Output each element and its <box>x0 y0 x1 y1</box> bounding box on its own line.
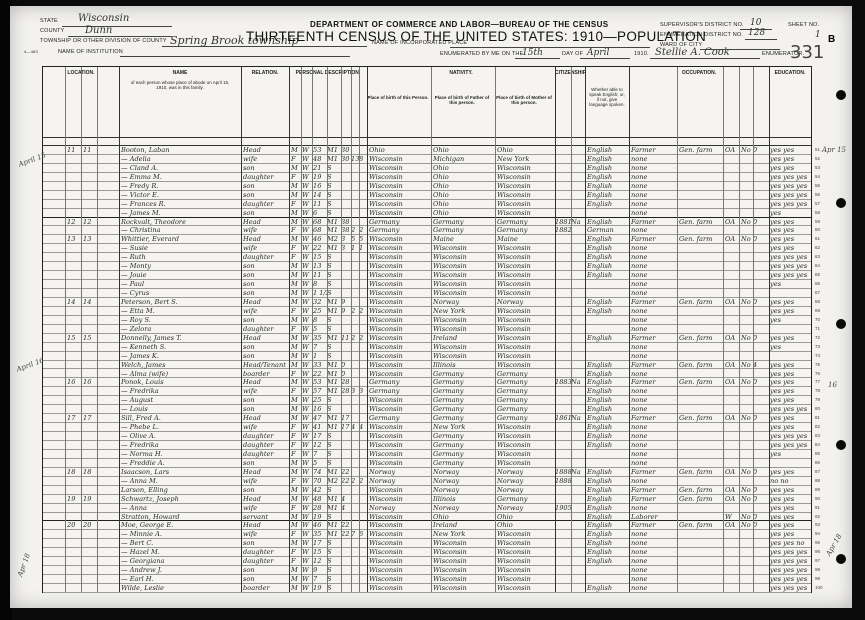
cell-fam <box>83 583 97 593</box>
grid-line <box>327 67 328 592</box>
sheet-side: B <box>828 34 835 45</box>
line-number: 76 <box>815 371 820 376</box>
line-number: 73 <box>815 344 820 349</box>
line-number: 85 <box>815 451 820 456</box>
grid-line <box>677 67 678 592</box>
line-number: 93 <box>815 522 820 527</box>
line-number: 69 <box>815 308 820 313</box>
census-table: LOCATION. NAMEof each person whose place… <box>42 66 812 593</box>
punch-hole <box>836 319 846 329</box>
grid-line <box>241 67 242 592</box>
department-heading: DEPARTMENT OF COMMERCE AND LABOR—BUREAU … <box>310 20 609 29</box>
line-number: 63 <box>815 254 820 259</box>
grid-line <box>629 67 630 592</box>
line-number: 72 <box>815 335 820 340</box>
margin-note-right-16: 16 <box>828 381 837 389</box>
line-number: 96 <box>815 549 820 554</box>
cell-bpm: Wisconsin <box>497 583 553 593</box>
sheet-no: 1 <box>815 30 821 40</box>
line-number: 77 <box>815 379 820 384</box>
line-number: 94 <box>815 531 820 536</box>
line-number: 55 <box>815 183 820 188</box>
line-number: 64 <box>815 263 820 268</box>
cell-trade: none <box>631 583 677 593</box>
ward-label: Ward of city <box>660 42 702 48</box>
line-number: 67 <box>815 290 820 295</box>
table-row: Wilde, LeslieboarderMW19SWisconsinWiscon… <box>43 583 811 593</box>
punch-hole <box>836 440 846 450</box>
grid-line <box>753 67 754 592</box>
grid-line <box>723 67 724 592</box>
year-label: 1910. <box>634 51 649 57</box>
grid-line <box>289 67 290 592</box>
cell-bp: Wisconsin <box>369 583 429 593</box>
grid-line <box>555 67 556 592</box>
census-title: THIRTEENTH CENSUS OF THE UNITED STATES: … <box>246 29 706 44</box>
grid-line <box>367 67 368 592</box>
line-number: 53 <box>815 165 820 170</box>
line-number: 65 <box>815 272 820 277</box>
line-number: 91 <box>815 505 820 510</box>
supervisor-no: 10 <box>750 18 761 28</box>
grid-line <box>97 67 98 592</box>
line-number: 74 <box>815 353 820 358</box>
grid-line <box>119 67 120 592</box>
line-number: 99 <box>815 576 820 581</box>
line-number: 83 <box>815 433 820 438</box>
grid-line <box>359 67 360 592</box>
township-label: Township or other division of county <box>40 38 167 44</box>
day-of-label: day of <box>562 51 583 57</box>
line-number: 54 <box>815 174 820 179</box>
county-value: Dunn <box>85 25 112 36</box>
line-number: 100 <box>815 585 823 590</box>
col-relation: RELATION. <box>241 67 290 137</box>
grid-line <box>341 67 342 592</box>
punch-hole <box>836 554 846 564</box>
line-number: 68 <box>815 299 820 304</box>
grid-line <box>301 67 302 592</box>
enumeration-label: Enumeration District No. <box>660 32 743 38</box>
census-sheet: State Wisconsin County Dunn Township or … <box>10 6 852 608</box>
line-number: 87 <box>815 469 820 474</box>
line-number: 59 <box>815 219 820 224</box>
cell-emp <box>725 583 739 593</box>
grid-line <box>312 67 313 592</box>
col-language: Whether able to speak English; or, if no… <box>585 67 630 137</box>
cell-sex: M <box>291 583 301 593</box>
line-number: 92 <box>815 514 820 519</box>
line-number: 89 <box>815 487 820 492</box>
line-number: 80 <box>815 406 820 411</box>
col-name: NAMEof each person whose place of abode … <box>119 67 242 137</box>
line-number: 97 <box>815 558 820 563</box>
cell-lang: English <box>587 583 627 593</box>
line-number: 90 <box>815 496 820 501</box>
sheet-label: Sheet No. <box>788 22 819 28</box>
margin-note-april-18: Apr 18 <box>16 552 32 577</box>
line-number: 57 <box>815 201 820 206</box>
cell-rel: boarder <box>243 583 287 593</box>
line-number: 95 <box>815 540 820 545</box>
state-value: Wisconsin <box>78 13 129 24</box>
line-number: 79 <box>815 397 820 402</box>
enumeration-no: 128 <box>748 28 765 38</box>
cell-mar: S <box>327 583 341 593</box>
col-occupation: OCCUPATION. <box>629 67 770 137</box>
punch-hole <box>836 90 846 100</box>
line-number: 58 <box>815 210 820 215</box>
col-education: EDUCATION. <box>769 67 811 137</box>
line-number: 82 <box>815 424 820 429</box>
cell-cit2 <box>571 583 585 593</box>
enumerated-day: 15th <box>522 48 543 58</box>
cell-cit1 <box>555 583 571 593</box>
cell-race: W <box>302 583 312 593</box>
line-number: 98 <box>815 567 820 572</box>
form-number: 4—463 <box>24 49 38 54</box>
cell-read: yes yes yes <box>770 583 810 593</box>
grid-line <box>81 67 82 592</box>
margin-note-right-apr-15: Apr 15 <box>822 146 846 154</box>
col-nativity: NATIVITY. Place of birth of this Person.… <box>367 67 556 137</box>
line-number: 62 <box>815 245 820 250</box>
margin-note-april-16: April 16 <box>15 356 45 373</box>
grid-line <box>351 67 352 592</box>
enumerated-label: Enumerated by me on the <box>440 51 523 57</box>
cell-name: Wilde, Leslie <box>121 583 239 593</box>
line-number: 84 <box>815 442 820 447</box>
institution-label: Name of institution <box>58 49 123 55</box>
line-number: 86 <box>815 460 820 465</box>
line-number: 61 <box>815 236 820 241</box>
line-number: 56 <box>815 192 820 197</box>
grid-line <box>769 67 770 592</box>
supervisor-label: Supervisor's District No. <box>660 22 744 28</box>
incorporated-place-label: Name of incorporated place <box>372 40 467 46</box>
cell-living <box>359 583 367 593</box>
grid-line <box>739 67 740 592</box>
line-number: 71 <box>815 326 820 331</box>
cell-born <box>351 583 359 593</box>
enumerated-month: April <box>587 48 609 58</box>
grid-line <box>585 67 586 592</box>
cell-dw <box>67 583 81 593</box>
line-number: 51 <box>815 147 820 152</box>
grid-line <box>431 67 432 592</box>
cell-ind <box>679 583 723 593</box>
line-number: 88 <box>815 478 820 483</box>
state-label: State <box>40 18 58 24</box>
line-number: 52 <box>815 156 820 161</box>
line-number: 70 <box>815 317 820 322</box>
line-number: 78 <box>815 388 820 393</box>
cell-bpf: Wisconsin <box>433 583 493 593</box>
grid-line <box>495 67 496 592</box>
county-label: County <box>40 28 64 34</box>
cell-yrs <box>341 583 351 593</box>
punch-hole <box>836 198 846 208</box>
line-number: 66 <box>815 281 820 286</box>
cell-wk <box>741 583 767 593</box>
grid-line <box>571 67 572 592</box>
line-number: 60 <box>815 227 820 232</box>
line-number: 81 <box>815 415 820 420</box>
grid-line <box>65 67 66 592</box>
line-number: 75 <box>815 362 820 367</box>
sheet-header: State Wisconsin County Dunn Township or … <box>10 6 852 68</box>
cell-age: 19 <box>313 583 327 593</box>
stamp-number: 331 <box>790 42 824 63</box>
